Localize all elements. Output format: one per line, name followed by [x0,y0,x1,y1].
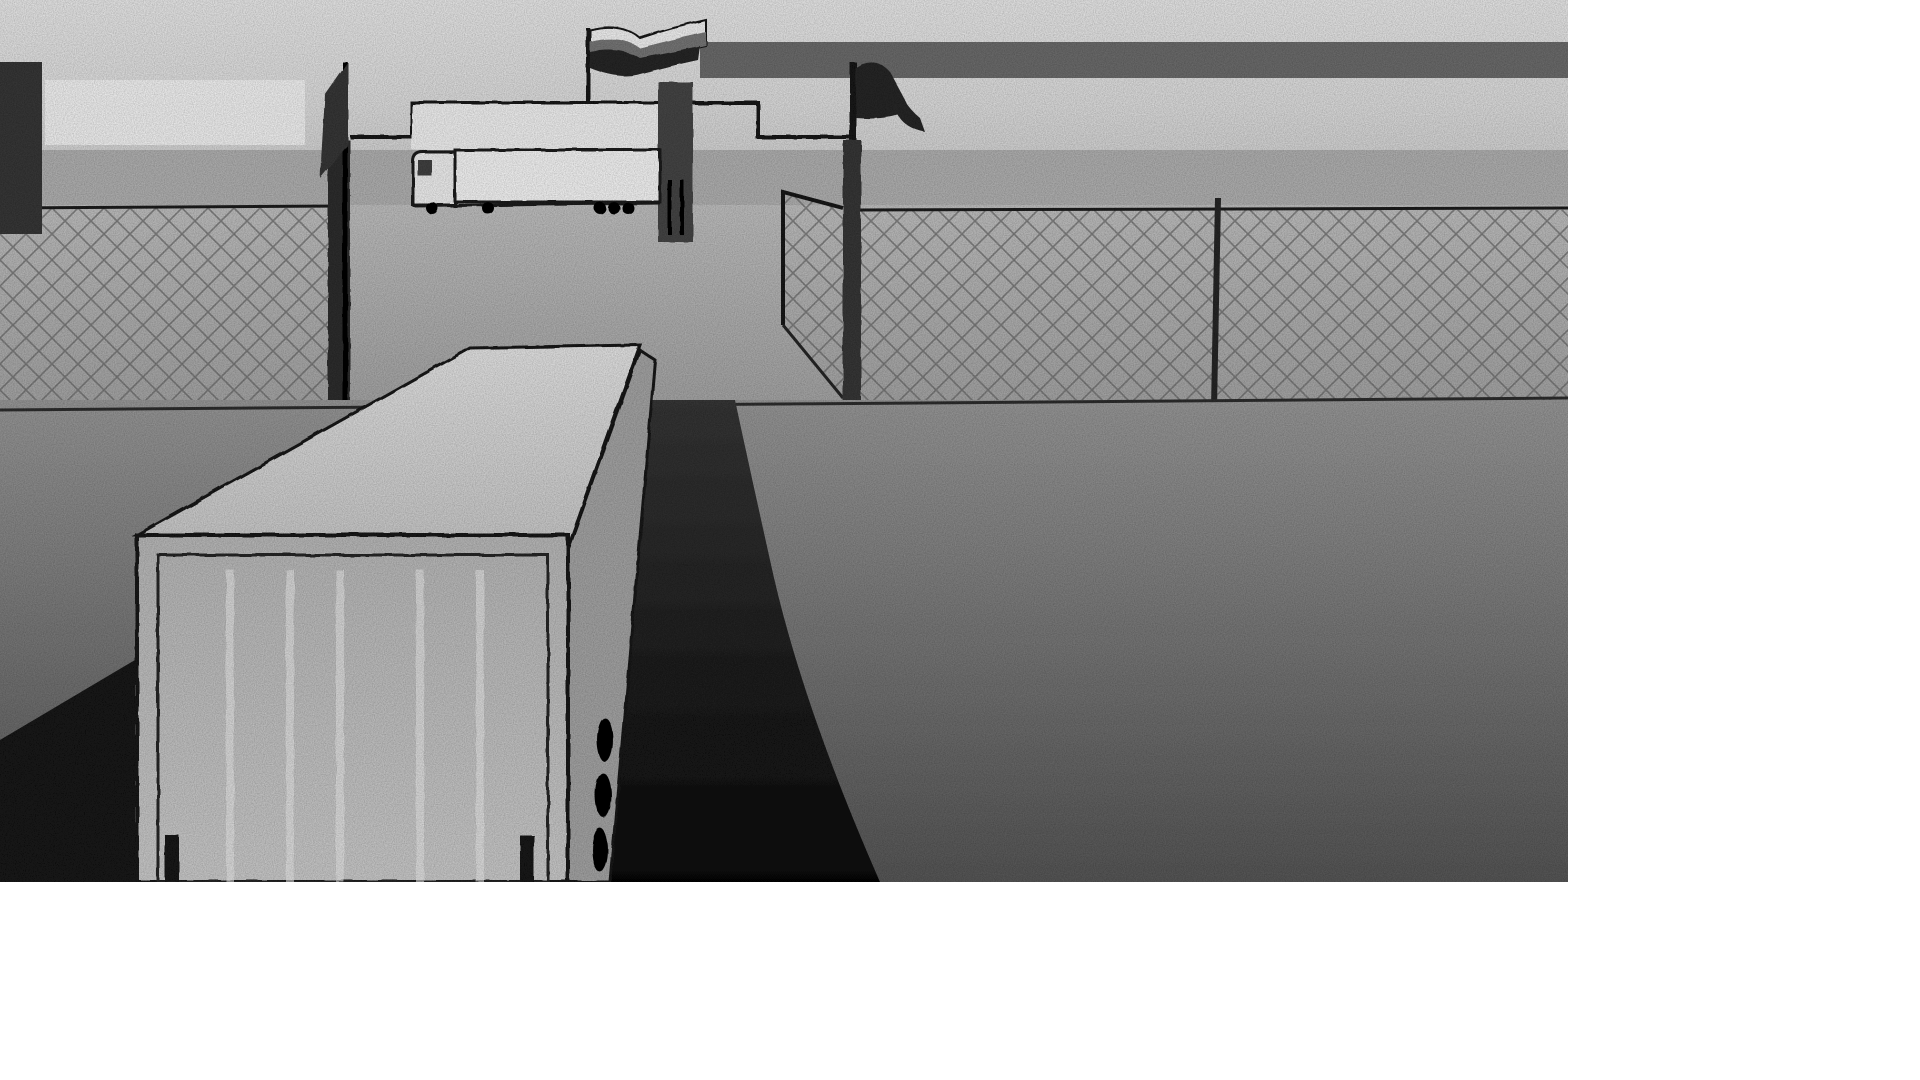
fence-right [860,198,1568,408]
fence-left [0,206,340,403]
fence-post [1214,198,1218,408]
checkpoint-sketch [0,0,1568,882]
left-border-post [0,62,42,234]
distant-truck [413,150,660,214]
distant-treeline [700,42,1568,78]
bright-horizon [45,80,305,145]
